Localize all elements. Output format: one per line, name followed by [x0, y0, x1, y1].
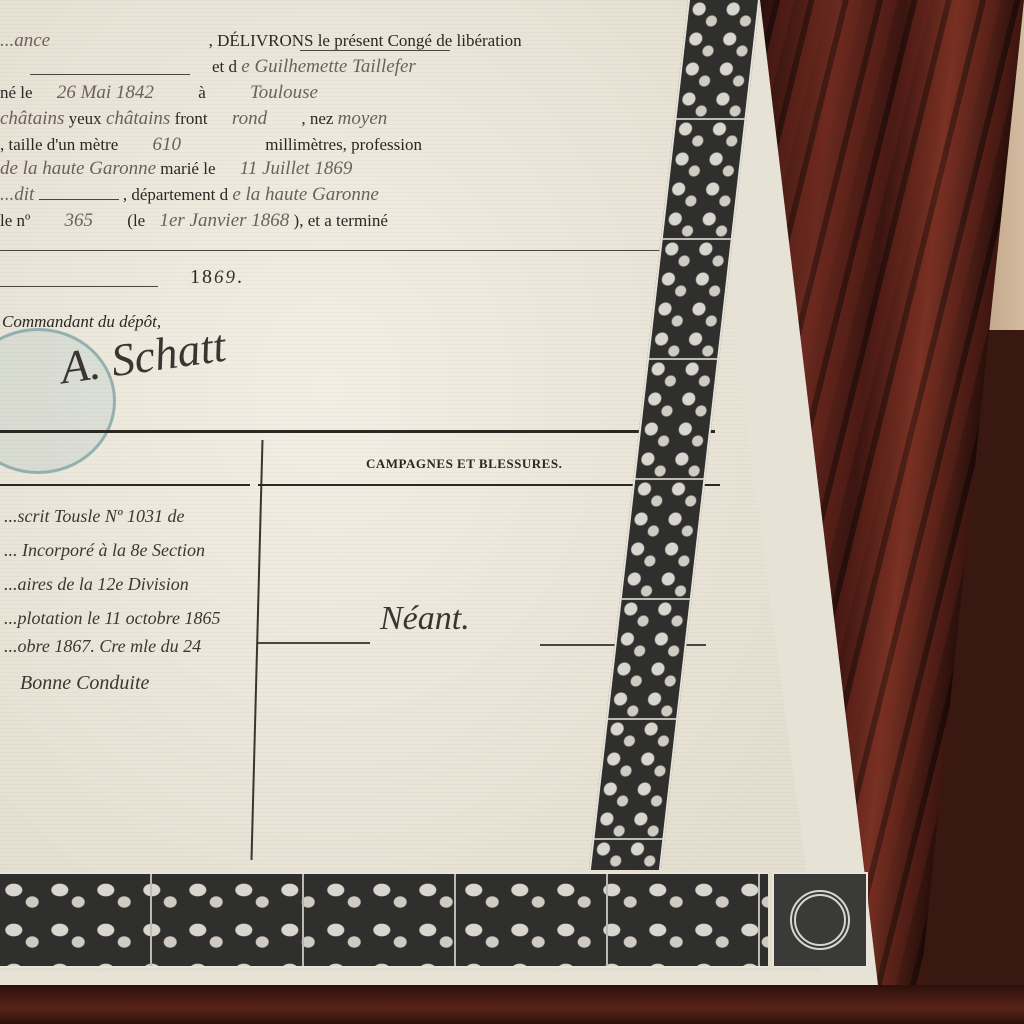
- line-yeux: châtains yeux châtains front rond , nez …: [0, 108, 387, 130]
- handwritten-text: châtains: [106, 108, 170, 129]
- handwritten-text: de la haute Garonne: [0, 158, 156, 179]
- table-top-border: [0, 430, 715, 433]
- printed-text: le nº: [0, 211, 30, 230]
- printed-text: à: [198, 83, 206, 102]
- line-departement: ...dit , département d e la haute Garonn…: [0, 184, 379, 206]
- handwritten-text: 365: [65, 210, 94, 231]
- printed-text: marié le: [160, 159, 215, 178]
- service-note-line: ...plotation le 11 octobre 1865: [4, 608, 220, 629]
- printed-text: , nez: [301, 109, 333, 128]
- fill-line: [300, 50, 450, 51]
- handwritten-text: 1er Janvier 1868: [159, 210, 289, 231]
- handwritten-text: moyen: [338, 108, 388, 129]
- printed-text: ), et a terminé: [294, 211, 388, 230]
- floral-border-bottom: [0, 872, 768, 968]
- line-taille: , taille d'un mètre 610 millimètres, pro…: [0, 134, 422, 156]
- printed-text: yeux: [69, 109, 102, 128]
- handwritten-text: ...dit: [0, 184, 34, 205]
- service-note-conduct: Bonne Conduite: [20, 672, 149, 695]
- service-note-line: ...obre 1867. Cre mle du 24: [4, 636, 201, 657]
- line-numero: le nº 365 (le 1er Janvier 1868 ), et a t…: [0, 210, 388, 232]
- handwritten-text: 610: [153, 134, 182, 155]
- handwritten-text: ...ance: [0, 30, 50, 51]
- printed-text: , taille d'un mètre: [0, 135, 118, 154]
- fill-line: [0, 286, 158, 287]
- printed-text: et d: [212, 57, 237, 76]
- service-note-line: ... Incorporé à la 8e Section: [4, 540, 205, 561]
- handwritten-text: e Guilhemette Taillefer: [241, 56, 416, 77]
- line-ne-le: né le 26 Mai 1842 à Toulouse: [0, 82, 318, 104]
- campaigns-entry: Néant.: [380, 600, 470, 638]
- fill-line: [30, 74, 190, 75]
- service-note-line: ...aires de la 12e Division: [4, 574, 189, 595]
- handwritten-text: 26 Mai 1842: [57, 82, 154, 103]
- printed-text: né le: [0, 83, 33, 102]
- line-marie: de la haute Garonne marié le 11 Juillet …: [0, 158, 352, 180]
- date-line: 1869.: [190, 266, 244, 289]
- printed-text: front: [175, 109, 208, 128]
- printed-text: 18: [190, 266, 214, 288]
- printed-text: millimètres, profession: [265, 135, 422, 154]
- printed-text: (le: [127, 211, 145, 230]
- line-delivrons: ...ance , DÉLIVRONS le présent Congé de …: [0, 30, 522, 52]
- handwritten-text: 69: [214, 267, 237, 288]
- fill-line: [258, 642, 370, 644]
- handwritten-text: e la haute Garonne: [232, 184, 379, 205]
- handwritten-text: rond: [232, 108, 267, 129]
- rosette-corner-ornament: [772, 872, 868, 968]
- left-heading-underline: [0, 484, 250, 486]
- handwritten-text: 11 Juillet 1869: [240, 158, 353, 179]
- service-note-line: ...scrit Tousle Nº 1031 de: [4, 506, 184, 527]
- handwritten-text: Toulouse: [250, 82, 318, 103]
- wooden-frame-bottom: [0, 985, 1024, 1024]
- handwritten-text: châtains: [0, 108, 64, 129]
- line-et-de: et d e Guilhemette Taillefer: [212, 56, 416, 78]
- printed-text: , département d: [123, 185, 228, 204]
- separator-line: [0, 250, 660, 251]
- printed-text: , DÉLIVRONS le présent Congé de libérati…: [209, 31, 522, 50]
- campaigns-heading: CAMPAGNES ET BLESSURES.: [366, 456, 562, 472]
